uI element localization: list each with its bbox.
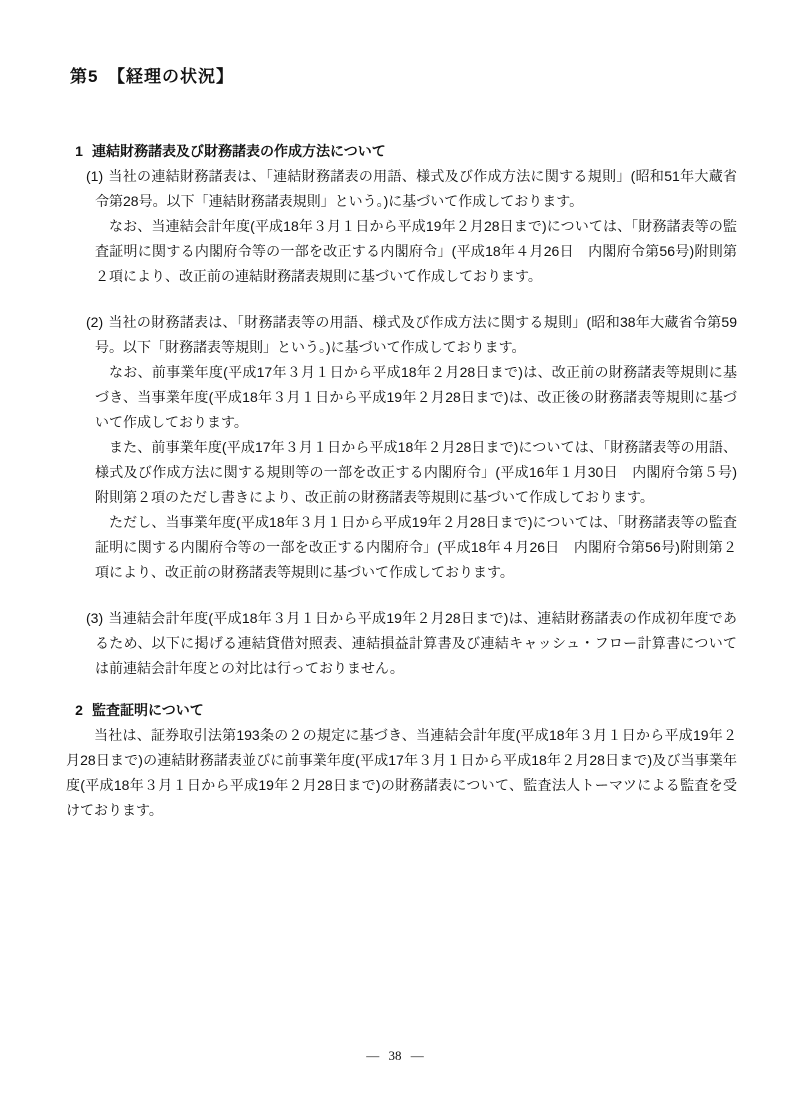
section-2-heading: 2監査証明について bbox=[66, 698, 737, 723]
item-1-marker: (1) bbox=[86, 168, 103, 184]
section-1-number: 1 bbox=[66, 139, 92, 164]
item-1-paragraph-2: なお、当連結会計年度(平成18年３月１日から平成19年２月28日まで)については… bbox=[95, 214, 737, 289]
section-2-heading-text: 監査証明について bbox=[92, 702, 204, 718]
document-page: 第5 【経理の状況】 1連結財務諸表及び財務諸表の作成方法について (1)当社の… bbox=[0, 0, 790, 1118]
section-1-heading: 1連結財務諸表及び財務諸表の作成方法について bbox=[66, 139, 737, 164]
section-2-paragraph: 当社は、証券取引法第193条の２の規定に基づき、当連結会計年度(平成18年３月１… bbox=[66, 723, 737, 823]
item-3-paragraph-1: (3)当連結会計年度(平成18年３月１日から平成19年２月28日まで)は、連結財… bbox=[95, 606, 737, 681]
section-2-number: 2 bbox=[66, 698, 92, 723]
item-2-paragraph-1-text: 当社の財務諸表は、「財務諸表等の用語、様式及び作成方法に関する規則」(昭和38年… bbox=[95, 314, 737, 355]
section-accounting-status: 1連結財務諸表及び財務諸表の作成方法について (1)当社の連結財務諸表は、「連結… bbox=[66, 139, 737, 681]
document-body: 第5 【経理の状況】 1連結財務諸表及び財務諸表の作成方法について (1)当社の… bbox=[66, 0, 737, 823]
section-1-heading-text: 連結財務諸表及び財務諸表の作成方法について bbox=[92, 143, 386, 159]
page-number: ― 38 ― bbox=[0, 1048, 790, 1064]
item-1-paragraph-1: (1)当社の連結財務諸表は、「連結財務諸表の用語、様式及び作成方法に関する規則」… bbox=[95, 164, 737, 214]
item-2-paragraph-4: ただし、当事業年度(平成18年３月１日から平成19年２月28日まで)については、… bbox=[95, 510, 737, 585]
item-3-marker: (3) bbox=[86, 610, 103, 626]
section-audit-certification: 2監査証明について 当社は、証券取引法第193条の２の規定に基づき、当連結会計年… bbox=[66, 698, 737, 823]
item-2-marker: (2) bbox=[86, 314, 103, 330]
item-1-paragraph-1-text: 当社の連結財務諸表は、「連結財務諸表の用語、様式及び作成方法に関する規則」(昭和… bbox=[95, 168, 737, 209]
item-2-paragraph-3: また、前事業年度(平成17年３月１日から平成18年２月28日まで)については、「… bbox=[95, 435, 737, 510]
item-2-paragraph-2: なお、前事業年度(平成17年３月１日から平成18年２月28日まで)は、改正前の財… bbox=[95, 360, 737, 435]
item-3-paragraph-1-text: 当連結会計年度(平成18年３月１日から平成19年２月28日まで)は、連結財務諸表… bbox=[95, 610, 737, 676]
item-3: (3)当連結会計年度(平成18年３月１日から平成19年２月28日まで)は、連結財… bbox=[95, 606, 737, 681]
item-1: (1)当社の連結財務諸表は、「連結財務諸表の用語、様式及び作成方法に関する規則」… bbox=[95, 164, 737, 289]
item-2: (2)当社の財務諸表は、「財務諸表等の用語、様式及び作成方法に関する規則」(昭和… bbox=[95, 310, 737, 585]
item-2-paragraph-1: (2)当社の財務諸表は、「財務諸表等の用語、様式及び作成方法に関する規則」(昭和… bbox=[95, 310, 737, 360]
page-title: 第5 【経理の状況】 bbox=[70, 64, 737, 89]
